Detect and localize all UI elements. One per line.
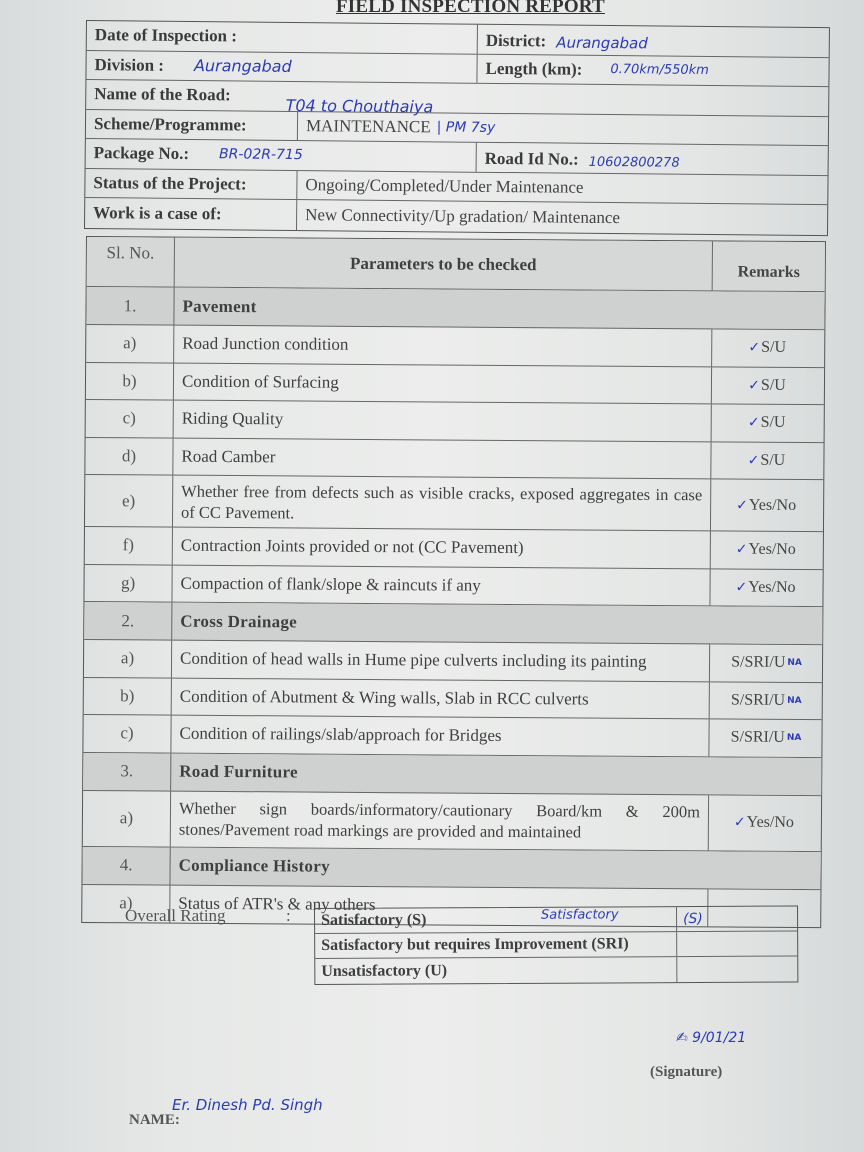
item-remark-options: S/U [761,339,786,357]
item-number: b) [84,677,172,714]
table-row: f)Contraction Joints provided or not (CC… [85,527,823,570]
item-remark-options: Yes/No [748,541,795,559]
item-remark-options: S/U [761,376,786,394]
scheme-field[interactable]: MAINTENANCE | PM 7sy [298,112,828,146]
item-parameter: Whether sign boards/informatory/cautiona… [171,791,709,850]
item-remark-field[interactable]: ✓S/U [712,404,824,441]
inspector-name: Er. Dinesh Pd. Singh [172,1096,323,1114]
table-row: e)Whether free from defects such as visi… [85,475,823,532]
table-row: g)Compaction of flank/slope & raincuts i… [84,564,822,607]
division-value: Aurangabad [194,56,292,76]
table-header-row: Sl. No. Parameters to be checked Remarks [87,237,825,292]
rating-row-sri[interactable]: Satisfactory but requires Improvement (S… [315,931,797,959]
rating-option-label: Satisfactory (S) [321,911,426,930]
item-remark-field[interactable]: S/SRI/UNA [710,682,822,719]
item-parameter: Whether free from defects such as visibl… [173,476,711,531]
item-remark-options: S/U [760,451,785,469]
item-remark-options: Yes/No [748,578,795,596]
item-remark-field[interactable]: ✓Yes/No [710,569,822,606]
signature-mark: ✍ 9/01/21 [676,1030,746,1046]
item-remark-field[interactable]: ✓S/U [712,329,824,366]
table-row: b)Condition of Abutment & Wing walls, Sl… [84,677,822,720]
item-number: g) [84,564,172,601]
road-id-field[interactable]: Road Id No.: 10602800278 [476,143,828,175]
rating-option-label: Unsatisfactory (U) [321,962,447,981]
item-remark-options: S/SRI/U [731,654,785,672]
district-value: Aurangabad [556,33,648,52]
inspection-report-page: FIELD INSPECTION REPORT Date of Inspecti… [0,0,864,1152]
item-number: c) [83,715,171,752]
item-parameter: Road Junction condition [174,326,712,366]
section-row: 3.Road Furniture [83,752,821,795]
package-label: Package No.: [94,143,190,164]
signature-label: (Signature) [650,1064,722,1081]
section-number: 4. [82,846,170,884]
section-remark-empty [712,291,824,329]
table-row: d)Road Camber✓S/U [85,438,823,481]
section-remark-empty [709,757,821,795]
item-number: a) [86,325,174,362]
table-row: a)Condition of head walls in Hume pipe c… [84,640,822,683]
item-remark-options: Yes/No [747,814,794,832]
rating-value: (S) [683,911,703,927]
check-mark-icon: ✓ [748,340,760,356]
section-title: Compliance History [170,847,708,888]
section-number: 3. [83,752,171,790]
check-mark-icon: ✓ [748,415,760,431]
division-field[interactable]: Division : Aurangabad [86,51,476,83]
check-mark-icon: ✓ [734,815,746,831]
row-work-case: Work is a case of: New Connectivity/Up g… [85,198,827,235]
length-label: Length (km): [485,59,582,80]
table-row: c)Riding Quality✓S/U [86,400,824,443]
date-of-inspection-field[interactable]: Date of Inspection : [87,21,477,53]
section-row: 2.Cross Drainage [84,602,822,645]
scheme-value: MAINTENANCE [306,116,431,137]
item-parameter: Riding Quality [174,401,712,441]
item-number: e) [85,475,173,527]
item-remark-options: S/SRI/U [731,691,785,709]
item-remark-field[interactable]: S/SRI/UNA [710,644,822,681]
rating-handwritten: Satisfactory [541,907,619,922]
section-title: Pavement [174,288,712,329]
item-remark-field[interactable]: ✓Yes/No [711,531,823,568]
overall-rating-label: Overall Rating [125,906,226,926]
item-number: f) [85,527,173,564]
table-row: c)Condition of railings/slab/approach fo… [83,715,821,758]
date-of-inspection-label: Date of Inspection : [95,25,237,46]
status-label: Status of the Project: [85,169,297,200]
item-number: a) [84,640,172,677]
rating-option-label: Satisfactory but requires Improvement (S… [321,935,629,955]
item-number: c) [86,400,174,437]
check-mark-icon: ✓ [735,579,747,595]
check-mark-icon: ✓ [748,377,760,393]
item-parameter: Contraction Joints provided or not (CC P… [173,528,711,568]
item-remark-na: NA [787,658,802,668]
check-mark-icon: ✓ [736,542,748,558]
header-sl-no: Sl. No. [87,237,175,287]
rating-row-u[interactable]: Unsatisfactory (U) [315,956,797,984]
item-number: a) [83,790,171,846]
overall-rating-colon: : [286,906,291,926]
status-options: Ongoing/Completed/Under Maintenance [305,175,583,198]
section-remark-empty [710,606,822,644]
item-remark-field[interactable]: S/SRI/UNA [709,719,821,756]
header-info-grid: Date of Inspection : District: Aurangaba… [84,20,830,236]
item-parameter: Condition of Abutment & Wing walls, Slab… [172,678,710,718]
length-value: 0.70km/550km [610,62,709,78]
district-label: District: [486,30,547,51]
section-number: 2. [84,602,172,640]
item-parameter: Condition of railings/slab/approach for … [171,716,709,756]
status-field[interactable]: Ongoing/Completed/Under Maintenance [297,171,827,205]
package-value: BR-02R-715 [219,147,303,164]
table-row: b)Condition of Surfacing✓S/U [86,363,824,406]
table-row: a)Road Junction condition✓S/U [86,325,824,368]
section-number: 1. [86,287,174,325]
rating-row-s[interactable]: Satisfactory (S) Satisfactory (S) [315,906,797,934]
road-id-value: 10602800278 [589,154,680,170]
name-label: NAME: [129,1112,180,1129]
item-remark-field[interactable]: ✓Yes/No [709,795,821,851]
section-remark-empty [708,851,820,889]
header-remarks: Remarks [713,241,825,291]
table-row: a)Whether sign boards/informatory/cautio… [83,790,821,851]
item-remark-options: S/SRI/U [731,729,785,747]
scheme-label: Scheme/Programme: [86,110,298,141]
section-title: Cross Drainage [172,603,710,644]
district-field[interactable]: District: Aurangabad [477,25,829,57]
item-remark-na: NA [787,696,802,706]
item-remark-field[interactable]: ✓Yes/No [711,479,823,531]
section-row: 4.Compliance History [82,846,820,889]
item-parameter: Condition of head walls in Hume pipe cul… [172,641,710,681]
checklist-table: Sl. No. Parameters to be checked Remarks… [81,236,826,928]
item-remark-options: Yes/No [749,496,796,514]
item-parameter: Road Camber [173,438,711,478]
check-mark-icon: ✓ [748,452,760,468]
work-case-options: New Connectivity/Up gradation/ Maintenan… [305,205,620,228]
item-parameter: Compaction of flank/slope & raincuts if … [172,565,710,605]
item-number: d) [85,438,173,475]
work-case-label: Work is a case of: [85,198,297,230]
item-remark-field[interactable]: ✓S/U [711,442,823,479]
item-remark-options: S/U [761,414,786,432]
item-remark-na: NA [787,733,802,743]
division-label: Division : [94,55,164,76]
section-row: 1.Pavement [86,287,824,330]
section-title: Road Furniture [171,753,709,794]
road-id-label: Road Id No.: [485,148,579,169]
item-remark-field[interactable]: ✓S/U [712,367,824,404]
check-mark-icon: ✓ [736,497,748,513]
report-title: FIELD INSPECTION REPORT [336,0,616,18]
item-parameter: Condition of Surfacing [174,363,712,403]
header-parameters: Parameters to be checked [175,238,713,291]
length-field[interactable]: Length (km): 0.70km/550km [476,54,828,86]
work-case-field[interactable]: New Connectivity/Up gradation/ Maintenan… [297,200,827,235]
package-field[interactable]: Package No.: BR-02R-715 [86,139,476,171]
scheme-handwritten: | PM 7sy [437,119,496,136]
road-name-label: Name of the Road: [94,84,231,105]
item-number: b) [86,363,174,400]
overall-rating-table: Satisfactory (S) Satisfactory (S) Satisf… [314,905,798,985]
